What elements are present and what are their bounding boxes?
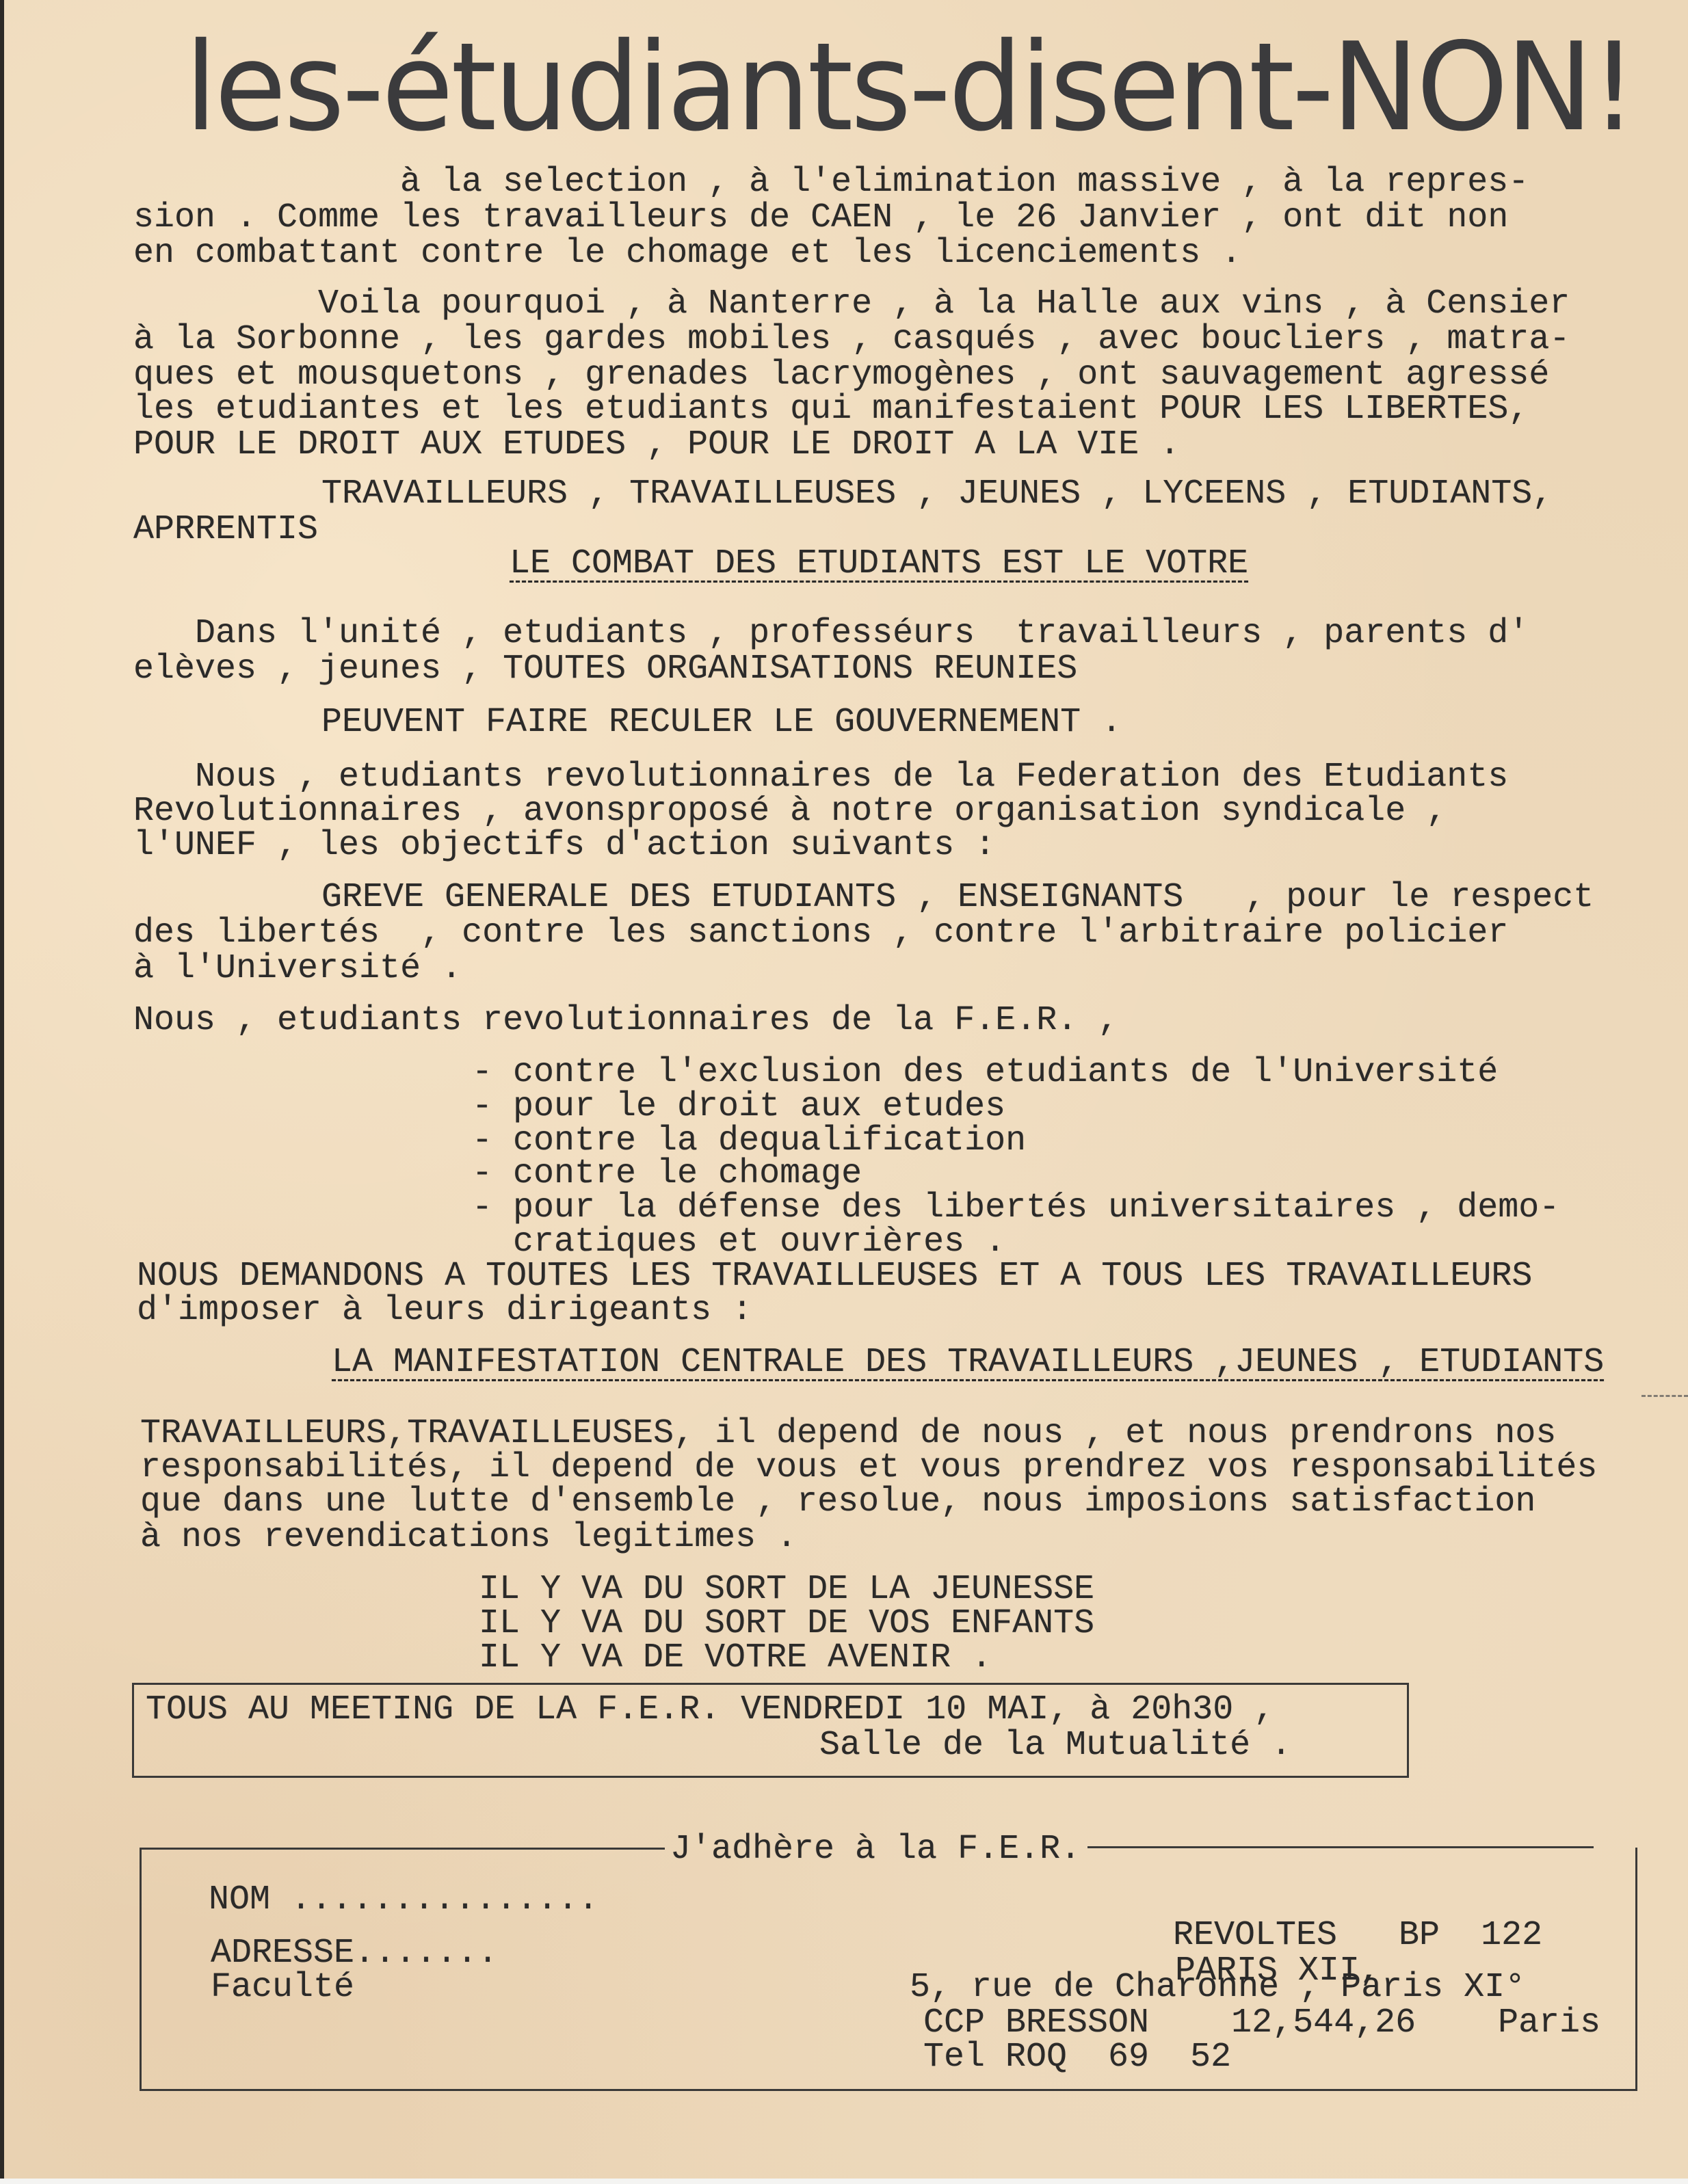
demand-item: - pour la défense des libertés universit… [472,1190,1559,1227]
paragraph-4-line-3: l'UNEF , les objectifs d'action suivants… [133,827,995,864]
closing-line-2: IL Y VA DU SORT DE VOS ENFANTS [479,1606,1094,1642]
paragraph-7-line-1: NOUS DEMANDONS A TOUTES LES TRAVAILLEUSE… [137,1258,1532,1295]
paragraph-1-line-2: sion . Comme les travailleurs de CAEN , … [133,200,1508,237]
slogan-manifestation-centrale: LA MANIFESTATION CENTRALE DES TRAVAILLEU… [332,1344,1604,1381]
paragraph-8-line-1: TRAVAILLEURS,TRAVAILLEUSES, il depend de… [140,1415,1556,1452]
form-border-top-left [140,1848,665,1850]
paragraph-6: Nous , etudiants revolutionnaires de la … [133,1002,1118,1039]
meeting-announcement-box: TOUS AU MEETING DE LA F.E.R. VENDREDI 10… [132,1683,1409,1778]
paragraph-8-line-4: à nos revendications legitimes . [140,1519,797,1556]
paragraph-5-line-3: à l'Université . [133,950,462,987]
page-title: les-étudiants-disent-NON! [185,26,1432,149]
closing-line-3: IL Y VA DE VOTRE AVENIR . [479,1640,992,1677]
paragraph-5-line-2: des libertés , contre les sanctions , co… [133,915,1508,952]
closing-line-1: IL Y VA DU SORT DE LA JEUNESSE [479,1571,1094,1608]
paragraph-1-line-1: à la selection , à l'elimination massive… [400,164,1529,201]
contact-line-3: 5, rue de Charonne , Paris XI° [910,1969,1525,2006]
paragraph-2-line-3: ques et mousquetons , grenades lacrymogè… [133,357,1549,394]
paragraph-4-line-2: Revolutionnaires , avonsproposé à notre … [133,793,1447,830]
paragraph-1-line-3: en combattant contre le chomage et les l… [133,235,1241,272]
typewriter-stray-mark [1641,1395,1688,1397]
paragraph-5-line-1: GREVE GENERALE DES ETUDIANTS , ENSEIGNAN… [321,879,1594,916]
form-border-top-right [1087,1846,1594,1848]
paragraph-2-line-2: à la Sorbonne , les gardes mobiles , cas… [133,321,1570,358]
paragraph-2-line-1: Voila pourquoi , à Nanterre , à la Halle… [318,286,1570,323]
meeting-line-2: Salle de la Mutualité . [819,1727,1291,1764]
demand-item-continued: cratiques et ouvrières . [472,1224,1005,1261]
form-field-faculty[interactable]: Faculté [211,1969,354,2006]
demand-item: - contre l'exclusion des etudiants de l'… [472,1054,1498,1091]
form-field-address[interactable]: ADRESSE....... [211,1935,498,1972]
page-edge [0,0,4,2184]
paragraph-4-line-1: Nous , etudiants revolutionnaires de la … [195,759,1508,796]
demand-item: - pour le droit aux etudes [472,1089,1005,1126]
slogan-reculer-gouvernement: PEUVENT FAIRE RECULER LE GOUVERNEMENT . [321,704,1122,741]
paragraph-3-line-2: elèves , jeunes , TOUTES ORGANISATIONS R… [133,651,1077,688]
slogan-combat-etudiants: LE COMBAT DES ETUDIANTS EST LE VOTRE [510,546,1248,583]
paragraph-2-line-5: POUR LE DROIT AUX ETUDES , POUR LE DROIT… [133,427,1180,464]
paragraph-3-line-1: Dans l'unité , etudiants , professéurs t… [195,615,1529,652]
paragraph-7-line-2: d'imposer à leurs dirigeants : [137,1292,752,1329]
contact-line-5: Tel ROQ 69 52 [923,2039,1231,2076]
appeal-line-1: TRAVAILLEURS , TRAVAILLEUSES , JEUNES , … [321,476,1553,513]
form-field-name[interactable]: NOM ............... [209,1882,598,1919]
appeal-line-2: APRRENTIS [133,511,318,548]
meeting-line-1: TOUS AU MEETING DE LA F.E.R. VENDREDI 10… [146,1692,1274,1729]
scan-edge [0,2179,1688,2184]
paragraph-8-line-2: responsabilités, il depend de vous et vo… [140,1450,1597,1487]
paragraph-8-line-3: que dans une lutte d'ensemble , resolue,… [140,1484,1535,1521]
demand-item: - contre le chomage [472,1156,862,1193]
paragraph-2-line-4: les etudiantes et les etudiants qui mani… [133,391,1529,428]
form-legend: J'adhère à la F.E.R. [670,1831,1081,1868]
contact-line-4: CCP BRESSON 12,544,26 Paris [923,2005,1600,2042]
contact-line-1: REVOLTES BP 122 [1173,1917,1542,1954]
